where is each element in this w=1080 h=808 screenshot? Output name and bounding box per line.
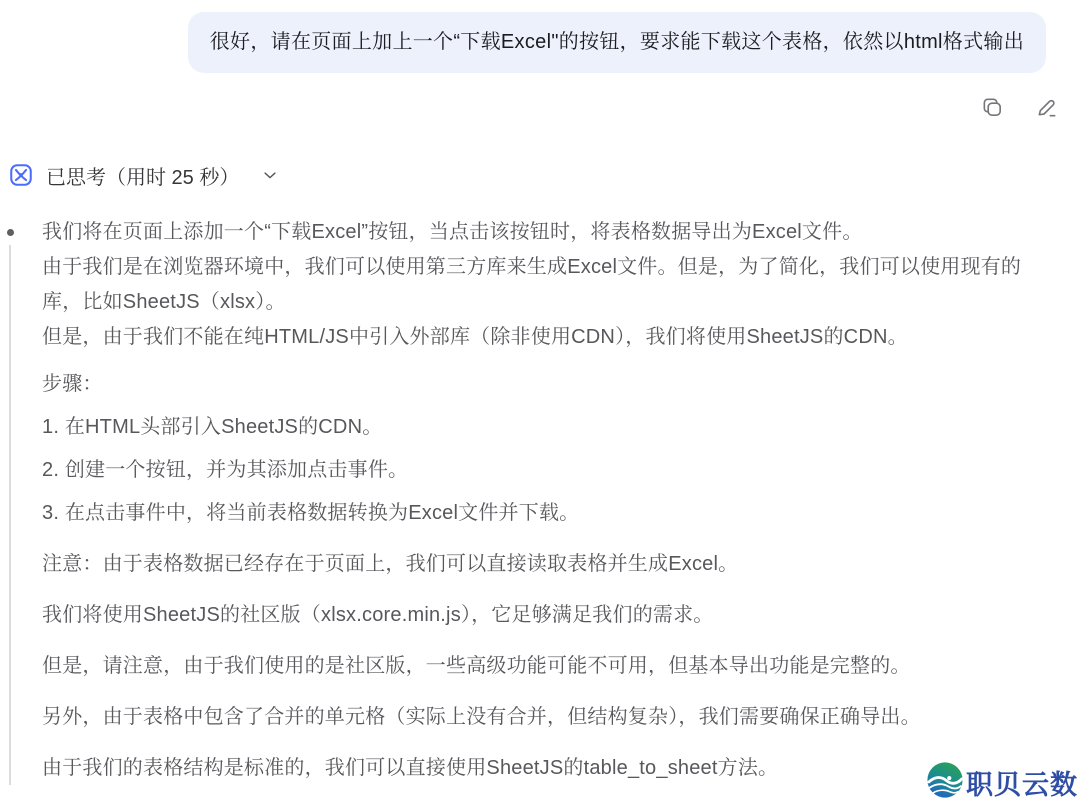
user-message-bubble: 很好，请在页面上加上一个“下载Excel"的按钮，要求能下载这个表格，依然以ht…	[188, 12, 1046, 73]
thinking-paragraph: 我们将在页面上添加一个“下载Excel”按钮，当点击该按钮时，将表格数据导出为E…	[42, 215, 1045, 355]
steps-label: 步骤：	[42, 367, 1045, 402]
watermark-text: 职贝云数	[966, 763, 1078, 802]
edit-button[interactable]	[1034, 95, 1058, 119]
step-item: 2. 创建一个按钮，并为其添加点击事件。	[42, 453, 1045, 488]
thinking-content: 我们将在页面上添加一个“下载Excel”按钮，当点击该按钮时，将表格数据导出为E…	[0, 215, 1080, 786]
thinking-toggle[interactable]: 已思考（用时 25 秒）	[8, 161, 1080, 189]
zhibei-sphere-wave-icon	[926, 761, 964, 804]
watermark-logo: 职贝云数	[926, 761, 1078, 804]
user-message-row: 很好，请在页面上加上一个“下载Excel"的按钮，要求能下载这个表格，依然以ht…	[0, 0, 1080, 73]
thinking-header-label: 已思考（用时 25 秒）	[46, 161, 239, 190]
atom-thinking-icon	[8, 162, 34, 188]
thinking-line: 由于我们是在浏览器环境中，我们可以使用第三方库来生成Excel文件。但是，为了简…	[42, 250, 1045, 320]
list-bullet	[7, 229, 14, 236]
chevron-down-icon[interactable]	[261, 166, 279, 184]
thinking-note: 由于我们的表格结构是标准的，我们可以直接使用SheetJS的table_to_s…	[42, 751, 1045, 786]
message-actions	[0, 95, 1080, 119]
thinking-line: 我们将在页面上添加一个“下载Excel”按钮，当点击该按钮时，将表格数据导出为E…	[42, 215, 1045, 250]
copy-button[interactable]	[980, 95, 1004, 119]
thinking-note: 另外，由于表格中包含了合并的单元格（实际上没有合并，但结构复杂），我们需要确保正…	[42, 700, 1045, 735]
thinking-note: 但是，请注意，由于我们使用的是社区版，一些高级功能可能不可用，但基本导出功能是完…	[42, 649, 1045, 684]
thinking-note: 我们将使用SheetJS的社区版（xlsx.core.min.js），它足够满足…	[42, 598, 1045, 633]
thinking-note: 注意：由于表格数据已经存在于页面上，我们可以直接读取表格并生成Excel。	[42, 547, 1045, 582]
pencil-icon	[1035, 96, 1058, 119]
thinking-line: 但是，由于我们不能在纯HTML/JS中引入外部库（除非使用CDN），我们将使用S…	[42, 320, 1045, 355]
chat-page: 很好，请在页面上加上一个“下载Excel"的按钮，要求能下载这个表格，依然以ht…	[0, 0, 1080, 808]
step-item: 1. 在HTML头部引入SheetJS的CDN。	[42, 410, 1045, 445]
copy-icon	[981, 96, 1004, 119]
thinking-quote-line	[9, 245, 11, 785]
step-item: 3. 在点击事件中，将当前表格数据转换为Excel文件并下载。	[42, 496, 1045, 531]
